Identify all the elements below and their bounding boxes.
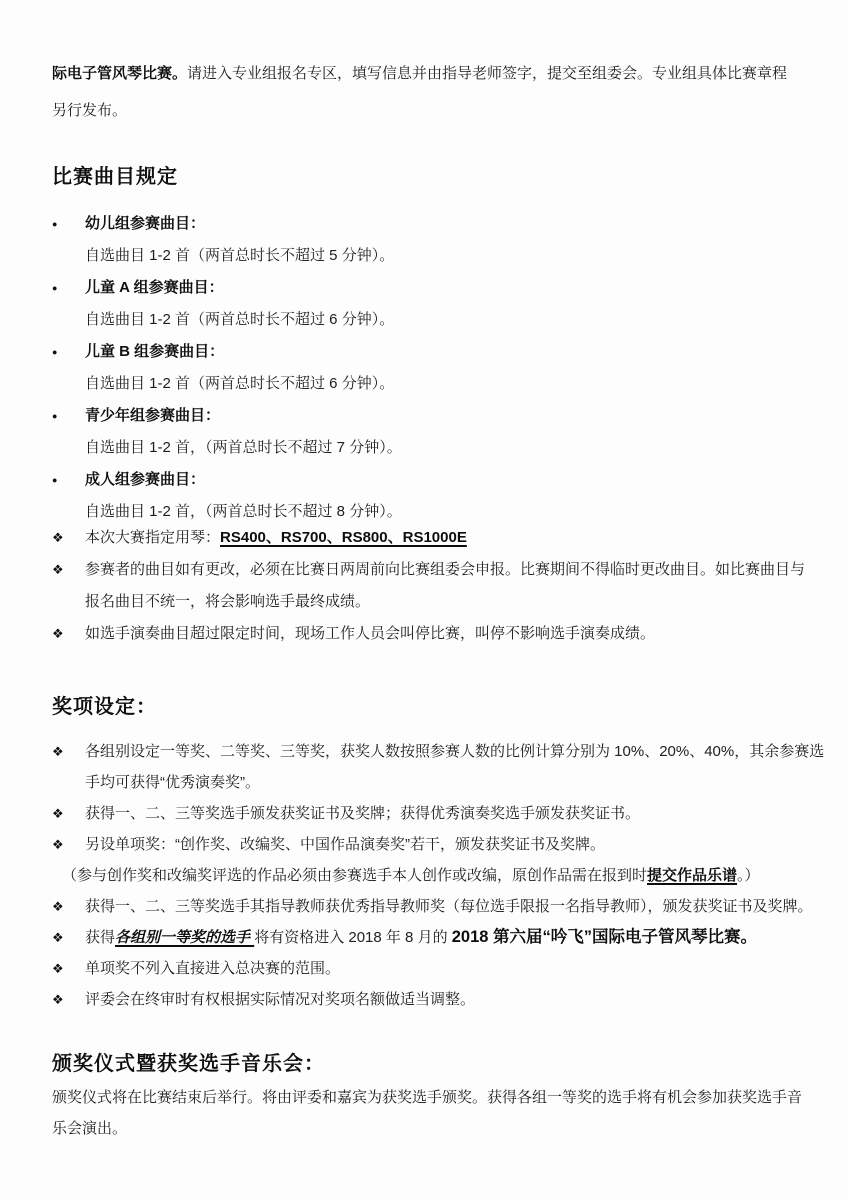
note-item: （参与创作奖和改编奖评选的作品必须由参赛选手本人创作或改编，原创作品需在报到时提… xyxy=(52,860,796,891)
note-item: ❖本次大赛指定用琴：RS400、RS700、RS800、RS1000E xyxy=(52,522,796,554)
text-run: 请进入专业组报名专区，填写信息并由指导老师签字，提交至组委会。专业组具体比赛章程 xyxy=(187,65,787,82)
note-item: ❖评委会在终审时有权根据实际情况对奖项名额做适当调整。 xyxy=(52,984,796,1015)
note-row: ❖本次大赛指定用琴：RS400、RS700、RS800、RS1000E xyxy=(52,522,796,554)
document-page: 际电子管风琴比赛。请进入专业组报名专区，填写信息并由指导老师签字，提交至组委会。… xyxy=(0,0,848,1200)
group-title: 幼儿组参赛曲目： xyxy=(85,208,205,240)
note-row: ❖获得一、二、三等奖选手其指导教师获优秀指导教师奖（每位选手限报一名指导教师），… xyxy=(52,891,796,922)
group-detail: 自选曲目 1-2 首，（两首总时长不超过 7 分钟）。 xyxy=(85,432,796,464)
section-heading-repertoire: 比赛曲目规定 xyxy=(52,162,796,192)
note-text: 另设单项奖：“创作奖、改编奖、中国作品演奏奖”若干，颁发获奖证书及奖牌。 xyxy=(85,829,605,860)
note-row: ❖各组别设定一等奖、二等奖、三等奖，获奖人数按照参赛人数的比例计算分别为 10%… xyxy=(52,736,796,767)
note-text: 单项奖不列入直接进入总决赛的范围。 xyxy=(85,953,340,984)
text-run: 评委会在终审时有权根据实际情况对奖项名额做适当调整。 xyxy=(85,991,475,1008)
note-continuation-line: 手均可获得“优秀演奏奖”。 xyxy=(85,767,796,798)
list-item-group: ●儿童 A 组参赛曲目：自选曲目 1-2 首（两首总时长不超过 6 分钟）。 xyxy=(52,272,796,336)
text-run: （参与创作奖和改编奖评选的作品必须由参赛选手本人创作或改编，原创作品需在报到时 xyxy=(62,867,647,884)
group-title-row: ●儿童 A 组参赛曲目： xyxy=(52,272,796,304)
group-title: 儿童 B 组参赛曲目： xyxy=(85,336,224,368)
note-continuation-line: 报名曲目不统一，将会影响选手最终成绩。 xyxy=(85,586,796,618)
text-run: 另设单项奖：“创作奖、改编奖、中国作品演奏奖”若干，颁发获奖证书及奖牌。 xyxy=(85,836,605,853)
group-title: 青少年组参赛曲目： xyxy=(85,400,220,432)
bullet-diamond-icon: ❖ xyxy=(52,554,85,586)
text-run: 本次大赛指定用琴： xyxy=(85,529,220,546)
note-text: 本次大赛指定用琴：RS400、RS700、RS800、RS1000E xyxy=(85,522,467,554)
text-run: 。） xyxy=(737,867,760,884)
note-text: 获得一、二、三等奖选手颁发获奖证书及奖牌；获得优秀演奏奖选手颁发获奖证书。 xyxy=(85,798,640,829)
repertoire-group-list: ●幼儿组参赛曲目：自选曲目 1-2 首（两首总时长不超过 5 分钟）。●儿童 A… xyxy=(52,208,796,528)
bullet-diamond-icon: ❖ xyxy=(52,829,85,860)
awards-note-list: ❖各组别设定一等奖、二等奖、三等奖，获奖人数按照参赛人数的比例计算分别为 10%… xyxy=(52,736,796,1015)
text-run: 乐会演出。 xyxy=(52,1120,127,1137)
intro-paragraph: 际电子管风琴比赛。请进入专业组报名专区，填写信息并由指导老师签字，提交至组委会。… xyxy=(52,55,796,129)
repertoire-note-list: ❖本次大赛指定用琴：RS400、RS700、RS800、RS1000E❖参赛者的… xyxy=(52,522,796,650)
text-run: 2018 第六届“吟飞”国际电子管风琴比赛。 xyxy=(452,928,757,946)
text-run: 际电子管风琴比赛。 xyxy=(52,65,187,82)
text-run: 各组别设定一等奖、二等奖、三等奖，获奖人数按照参赛人数的比例计算分别为 10%、… xyxy=(85,743,824,760)
note-row: ❖单项奖不列入直接进入总决赛的范围。 xyxy=(52,953,796,984)
note-item: ❖获得一、二、三等奖选手其指导教师获优秀指导教师奖（每位选手限报一名指导教师），… xyxy=(52,891,796,922)
text-run: RS400、RS700、RS800、RS1000E xyxy=(220,529,467,546)
note-item: ❖获得一、二、三等奖选手颁发获奖证书及奖牌；获得优秀演奏奖选手颁发获奖证书。 xyxy=(52,798,796,829)
note-text: 评委会在终审时有权根据实际情况对奖项名额做适当调整。 xyxy=(85,984,475,1015)
note-item: ❖参赛者的曲目如有更改，必须在比赛日两周前向比赛组委会申报。比赛期间不得临时更改… xyxy=(52,554,796,618)
section-heading-ceremony: 颁奖仪式暨获奖选手音乐会： xyxy=(52,1049,796,1079)
bullet-diamond-icon: ❖ xyxy=(52,522,85,554)
group-detail: 自选曲目 1-2 首（两首总时长不超过 6 分钟）。 xyxy=(85,304,796,336)
note-row: ❖另设单项奖：“创作奖、改编奖、中国作品演奏奖”若干，颁发获奖证书及奖牌。 xyxy=(52,829,796,860)
group-detail: 自选曲目 1-2 首（两首总时长不超过 5 分钟）。 xyxy=(85,240,796,272)
group-title: 儿童 A 组参赛曲目： xyxy=(85,272,224,304)
text-run: 如选手演奏曲目超过限定时间，现场工作人员会叫停比赛，叫停不影响选手演奏成绩。 xyxy=(85,625,655,642)
group-title: 成人组参赛曲目： xyxy=(85,464,205,496)
bullet-diamond-icon: ❖ xyxy=(52,618,85,650)
text-line: 另行发布。 xyxy=(52,92,796,129)
note-text: 参赛者的曲目如有更改，必须在比赛日两周前向比赛组委会申报。比赛期间不得临时更改曲… xyxy=(85,554,805,586)
bullet-diamond-icon: ❖ xyxy=(52,984,85,1015)
list-item-group: ●成人组参赛曲目：自选曲目 1-2 首，（两首总时长不超过 8 分钟）。 xyxy=(52,464,796,528)
bullet-diamond-icon: ❖ xyxy=(52,798,85,829)
note-item: ❖单项奖不列入直接进入总决赛的范围。 xyxy=(52,953,796,984)
note-row: ❖获得一、二、三等奖选手颁发获奖证书及奖牌；获得优秀演奏奖选手颁发获奖证书。 xyxy=(52,798,796,829)
bullet-dot-icon: ● xyxy=(52,208,85,240)
bullet-diamond-icon: ❖ xyxy=(52,891,85,922)
note-paren-line: （参与创作奖和改编奖评选的作品必须由参赛选手本人创作或改编，原创作品需在报到时提… xyxy=(62,860,796,891)
text-run: 各组别一等奖的选手 xyxy=(115,929,254,946)
note-text: 获得一、二、三等奖选手其指导教师获优秀指导教师奖（每位选手限报一名指导教师），颁… xyxy=(85,891,813,922)
bullet-diamond-icon: ❖ xyxy=(52,736,85,767)
bullet-dot-icon: ● xyxy=(52,272,85,304)
bullet-dot-icon: ● xyxy=(52,400,85,432)
text-run: 将有资格进入 2018 年 8 月的 xyxy=(254,929,452,946)
note-row: ❖获得各组别一等奖的选手 将有资格进入 2018 年 8 月的 2018 第六届… xyxy=(52,922,796,953)
ceremony-paragraph: 颁奖仪式将在比赛结束后举行。将由评委和嘉宾为获奖选手颁奖。获得各组一等奖的选手将… xyxy=(52,1082,796,1144)
note-text: 各组别设定一等奖、二等奖、三等奖，获奖人数按照参赛人数的比例计算分别为 10%、… xyxy=(85,736,824,767)
text-run: 报名曲目不统一，将会影响选手最终成绩。 xyxy=(85,593,370,610)
note-item: ❖另设单项奖：“创作奖、改编奖、中国作品演奏奖”若干，颁发获奖证书及奖牌。 xyxy=(52,829,796,860)
text-run: 颁奖仪式将在比赛结束后举行。将由评委和嘉宾为获奖选手颁奖。获得各组一等奖的选手将… xyxy=(52,1089,802,1106)
text-run: 参赛者的曲目如有更改，必须在比赛日两周前向比赛组委会申报。比赛期间不得临时更改曲… xyxy=(85,561,805,578)
text-run: 手均可获得“优秀演奏奖”。 xyxy=(85,774,260,791)
text-run: 提交作品乐谱 xyxy=(647,867,737,884)
text-run: 获得一、二、三等奖选手颁发获奖证书及奖牌；获得优秀演奏奖选手颁发获奖证书。 xyxy=(85,805,640,822)
text-run: 获得一、二、三等奖选手其指导教师获优秀指导教师奖（每位选手限报一名指导教师），颁… xyxy=(85,898,813,915)
note-item: ❖获得各组别一等奖的选手 将有资格进入 2018 年 8 月的 2018 第六届… xyxy=(52,922,796,953)
bullet-dot-icon: ● xyxy=(52,336,85,368)
text-run: 单项奖不列入直接进入总决赛的范围。 xyxy=(85,960,340,977)
list-item-group: ●儿童 B 组参赛曲目：自选曲目 1-2 首（两首总时长不超过 6 分钟）。 xyxy=(52,336,796,400)
note-row: ❖评委会在终审时有权根据实际情况对奖项名额做适当调整。 xyxy=(52,984,796,1015)
bullet-dot-icon: ● xyxy=(52,464,85,496)
text-line: 颁奖仪式将在比赛结束后举行。将由评委和嘉宾为获奖选手颁奖。获得各组一等奖的选手将… xyxy=(52,1082,796,1113)
note-item: ❖各组别设定一等奖、二等奖、三等奖，获奖人数按照参赛人数的比例计算分别为 10%… xyxy=(52,736,796,798)
text-line: 乐会演出。 xyxy=(52,1113,796,1144)
list-item-group: ●幼儿组参赛曲目：自选曲目 1-2 首（两首总时长不超过 5 分钟）。 xyxy=(52,208,796,272)
group-title-row: ●成人组参赛曲目： xyxy=(52,464,796,496)
bullet-diamond-icon: ❖ xyxy=(52,922,85,953)
text-run: 获得 xyxy=(85,929,115,946)
section-heading-awards: 奖项设定： xyxy=(52,692,796,722)
bullet-diamond-icon: ❖ xyxy=(52,953,85,984)
group-title-row: ●儿童 B 组参赛曲目： xyxy=(52,336,796,368)
note-row: ❖参赛者的曲目如有更改，必须在比赛日两周前向比赛组委会申报。比赛期间不得临时更改… xyxy=(52,554,796,586)
note-row: ❖如选手演奏曲目超过限定时间，现场工作人员会叫停比赛，叫停不影响选手演奏成绩。 xyxy=(52,618,796,650)
note-item: ❖如选手演奏曲目超过限定时间，现场工作人员会叫停比赛，叫停不影响选手演奏成绩。 xyxy=(52,618,796,650)
note-text: 获得各组别一等奖的选手 将有资格进入 2018 年 8 月的 2018 第六届“… xyxy=(85,922,757,953)
note-text: 如选手演奏曲目超过限定时间，现场工作人员会叫停比赛，叫停不影响选手演奏成绩。 xyxy=(85,618,655,650)
text-line: 际电子管风琴比赛。请进入专业组报名专区，填写信息并由指导老师签字，提交至组委会。… xyxy=(52,55,796,92)
list-item-group: ●青少年组参赛曲目：自选曲目 1-2 首，（两首总时长不超过 7 分钟）。 xyxy=(52,400,796,464)
group-title-row: ●青少年组参赛曲目： xyxy=(52,400,796,432)
group-title-row: ●幼儿组参赛曲目： xyxy=(52,208,796,240)
group-detail: 自选曲目 1-2 首（两首总时长不超过 6 分钟）。 xyxy=(85,368,796,400)
text-run: 另行发布。 xyxy=(52,102,127,119)
